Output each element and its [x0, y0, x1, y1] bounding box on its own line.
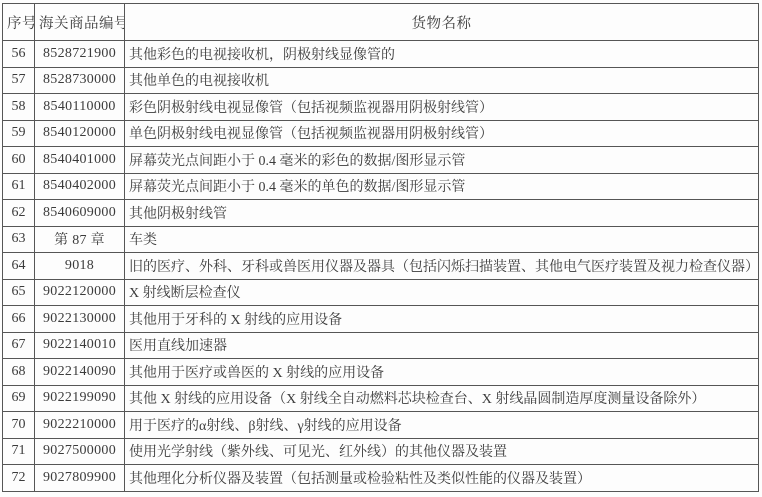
row-serial: 66 [3, 306, 35, 333]
row-customs-code: 8540110000 [35, 94, 125, 121]
row-customs-code: 9027500000 [35, 438, 125, 465]
row-goods-name: 其他 X 射线的应用设备（X 射线全自动燃料芯块检查台、X 射线晶圆制造厚度测量… [125, 385, 759, 412]
table-row: 60 8540401000 屏幕荧光点间距小于 0.4 毫米的彩色的数据/图形显… [3, 147, 759, 174]
row-goods-name: 其他理化分析仪器及装置（包括测量或检验粘性及类似性能的仪器及装置） [125, 465, 759, 492]
table-row: 57 8528730000 其他单色的电视接收机 [3, 67, 759, 94]
row-customs-code: 9022199090 [35, 385, 125, 412]
row-serial: 61 [3, 173, 35, 200]
row-goods-name: 其他用于牙科的 X 射线的应用设备 [125, 306, 759, 333]
row-customs-code: 9022140090 [35, 359, 125, 386]
row-goods-name: 其他阴极射线管 [125, 200, 759, 227]
table-row: 70 9022210000 用于医疗的α射线、β射线、γ射线的应用设备 [3, 412, 759, 439]
row-goods-name: 其他用于医疗或兽医的 X 射线的应用设备 [125, 359, 759, 386]
table-row: 63 第 87 章 车类 [3, 226, 759, 253]
table-row: 67 9022140010 医用直线加速器 [3, 332, 759, 359]
col-header-serial: 序号 [3, 4, 35, 41]
row-customs-code: 8540120000 [35, 120, 125, 147]
row-customs-code: 8528721900 [35, 41, 125, 68]
row-serial: 64 [3, 253, 35, 280]
row-goods-name: X 射线断层检查仪 [125, 279, 759, 306]
col-header-customs-code: 海关商品编号 [35, 4, 125, 41]
row-goods-name: 旧的医疗、外科、牙科或兽医用仪器及器具（包括闪烁扫描装置、其他电气医疗装置及视力… [125, 253, 759, 280]
row-goods-name: 其他单色的电视接收机 [125, 67, 759, 94]
row-goods-name: 医用直线加速器 [125, 332, 759, 359]
row-customs-code: 9018 [35, 253, 125, 280]
row-serial: 59 [3, 120, 35, 147]
row-customs-code: 8540401000 [35, 147, 125, 174]
table-row: 69 9022199090 其他 X 射线的应用设备（X 射线全自动燃料芯块检查… [3, 385, 759, 412]
table-row: 72 9027809900 其他理化分析仪器及装置（包括测量或检验粘性及类似性能… [3, 465, 759, 492]
row-customs-code: 9027809900 [35, 465, 125, 492]
row-customs-code: 第 87 章 [35, 226, 125, 253]
row-serial: 70 [3, 412, 35, 439]
table-row: 58 8540110000 彩色阴极射线电视显像管（包括视频监视器用阴极射线管） [3, 94, 759, 121]
row-serial: 72 [3, 465, 35, 492]
row-serial: 65 [3, 279, 35, 306]
table-row: 71 9027500000 使用光学射线（紫外线、可见光、红外线）的其他仪器及装… [3, 438, 759, 465]
row-goods-name: 其他彩色的电视接收机，阴极射线显像管的 [125, 41, 759, 68]
row-serial: 62 [3, 200, 35, 227]
row-customs-code: 8528730000 [35, 67, 125, 94]
table-row: 66 9022130000 其他用于牙科的 X 射线的应用设备 [3, 306, 759, 333]
row-goods-name: 用于医疗的α射线、β射线、γ射线的应用设备 [125, 412, 759, 439]
row-serial: 58 [3, 94, 35, 121]
row-customs-code: 9022140010 [35, 332, 125, 359]
customs-goods-table: 序号 海关商品编号 货物名称 56 8528721900 其他彩色的电视接收机，… [2, 3, 759, 492]
table-row: 64 9018 旧的医疗、外科、牙科或兽医用仪器及器具（包括闪烁扫描装置、其他电… [3, 253, 759, 280]
row-serial: 60 [3, 147, 35, 174]
row-goods-name: 屏幕荧光点间距小于 0.4 毫米的单色的数据/图形显示管 [125, 173, 759, 200]
row-goods-name: 屏幕荧光点间距小于 0.4 毫米的彩色的数据/图形显示管 [125, 147, 759, 174]
table-row: 68 9022140090 其他用于医疗或兽医的 X 射线的应用设备 [3, 359, 759, 386]
col-header-goods-name: 货物名称 [125, 4, 759, 41]
row-customs-code: 8540402000 [35, 173, 125, 200]
row-customs-code: 9022210000 [35, 412, 125, 439]
row-customs-code: 8540609000 [35, 200, 125, 227]
table-row: 65 9022120000 X 射线断层检查仪 [3, 279, 759, 306]
row-goods-name: 单色阴极射线电视显像管（包括视频监视器用阴极射线管） [125, 120, 759, 147]
table-row: 59 8540120000 单色阴极射线电视显像管（包括视频监视器用阴极射线管） [3, 120, 759, 147]
row-goods-name: 车类 [125, 226, 759, 253]
table-header-row: 序号 海关商品编号 货物名称 [3, 4, 759, 41]
table-row: 62 8540609000 其他阴极射线管 [3, 200, 759, 227]
row-goods-name: 彩色阴极射线电视显像管（包括视频监视器用阴极射线管） [125, 94, 759, 121]
row-customs-code: 9022130000 [35, 306, 125, 333]
row-serial: 57 [3, 67, 35, 94]
row-serial: 69 [3, 385, 35, 412]
row-serial: 68 [3, 359, 35, 386]
table-row: 61 8540402000 屏幕荧光点间距小于 0.4 毫米的单色的数据/图形显… [3, 173, 759, 200]
row-serial: 71 [3, 438, 35, 465]
row-serial: 63 [3, 226, 35, 253]
row-customs-code: 9022120000 [35, 279, 125, 306]
row-goods-name: 使用光学射线（紫外线、可见光、红外线）的其他仪器及装置 [125, 438, 759, 465]
row-serial: 56 [3, 41, 35, 68]
row-serial: 67 [3, 332, 35, 359]
scanned-document-page: 序号 海关商品编号 货物名称 56 8528721900 其他彩色的电视接收机，… [0, 0, 762, 497]
table-row: 56 8528721900 其他彩色的电视接收机，阴极射线显像管的 [3, 41, 759, 68]
